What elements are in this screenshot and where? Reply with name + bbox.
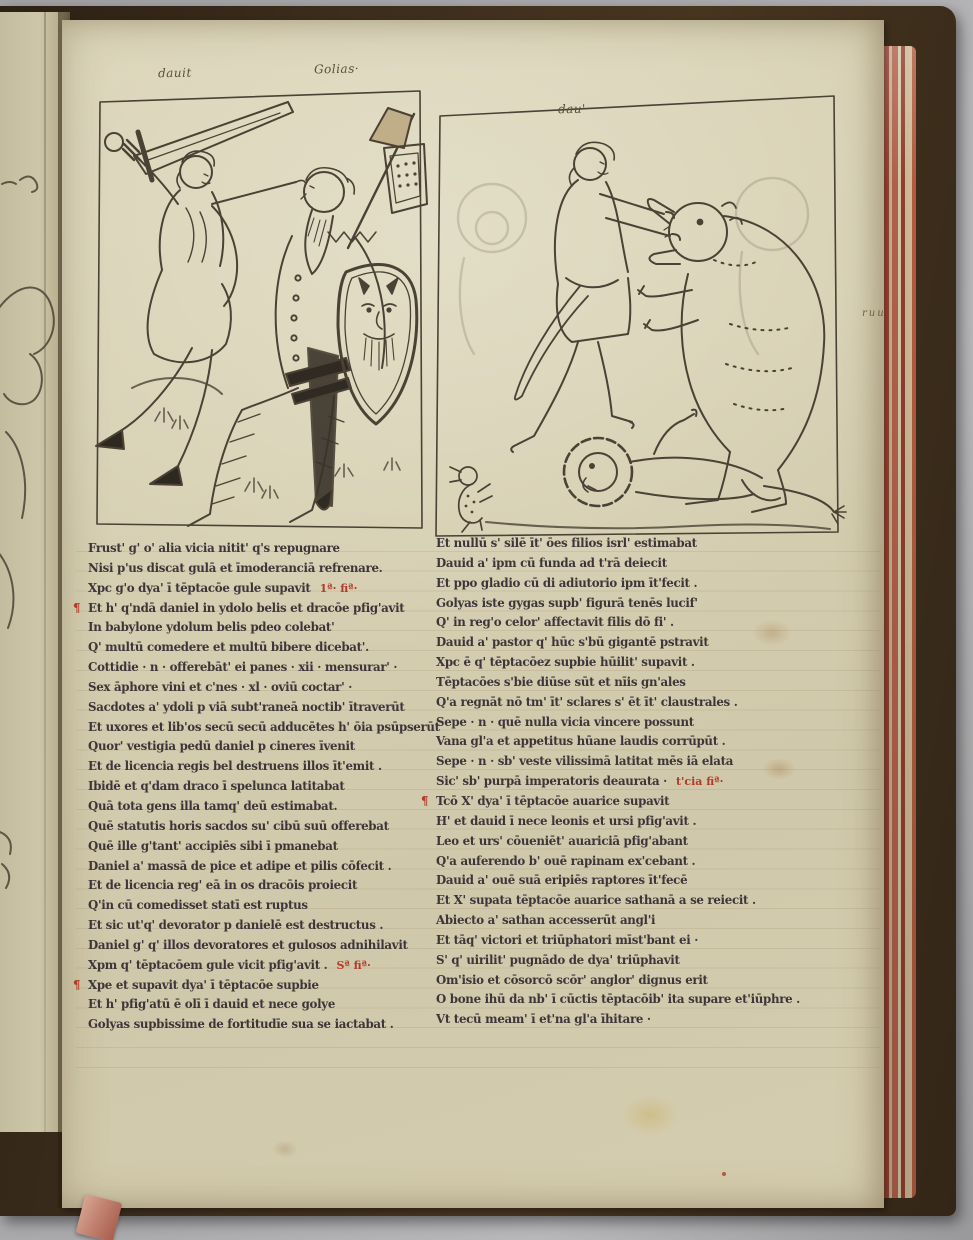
text-line: Et ppo gladio cū di adiutorio ipm īt'fec…: [436, 574, 800, 594]
text-line: Q' in reg'o celor' affectavit filis dō f…: [436, 613, 800, 633]
line-text: Quē ille g'tant' accipiēs sibi ī pmaneba…: [88, 839, 338, 853]
caption-golias: Golias·: [314, 62, 359, 77]
illustration-david-bear: dau': [430, 82, 858, 546]
line-text: Et sic ut'q' devorator p danielē est des…: [88, 918, 383, 932]
line-text: Q'in cū comedisset statī est ruptus: [88, 898, 308, 912]
text-line: Golyas supbissime de fortitudīe sua se i…: [88, 1015, 440, 1035]
line-text: Tēptacōes s'bie diūse sūt et nīis gn'ale…: [436, 675, 686, 689]
shoe: [96, 430, 124, 449]
line-text: Dauid a' ipm cū funda ad t'rā deiecit: [436, 556, 667, 570]
line-text: Sepe · n · quē nulla vicia vincere possu…: [436, 715, 694, 729]
line-text: Sic' sb' purpā imperatoris deaurata ·: [436, 774, 667, 788]
line-text: Sex āphore vini et c'nes · xl · oviū coc…: [88, 680, 352, 694]
text-line: S' q' uirilit' pugnādo de dya' triūphavi…: [436, 951, 800, 971]
text-line: Dauid a' pastor q' hūc s'bū gigantē pstr…: [436, 633, 800, 653]
text-line: Sex āphore vini et c'nes · xl · oviū coc…: [88, 678, 440, 698]
line-text: Vt tecū meam' ī et'na gl'a īhitare ·: [436, 1012, 651, 1026]
line-text: Et nullū s' silē īt' ōes filios isrl' es…: [436, 536, 697, 550]
line-text: Et h' q'ndā daniel in ydolo belis et dra…: [88, 601, 404, 615]
line-text: Ibidē et q'dam draco ī spelunca latitaba…: [88, 779, 345, 793]
rubric-initial: ¶: [421, 792, 428, 812]
text-line: Et de licencia reg' eā in os dracōis pro…: [88, 876, 440, 896]
lion-figure: [564, 410, 846, 524]
line-text: Daniel a' massā de pice et adipe et pili…: [88, 859, 391, 873]
line-text: Et X' supata tēptacōe auarice sathanā a …: [436, 893, 756, 907]
red-speck: [722, 1172, 726, 1176]
david-figure: [96, 151, 306, 485]
line-text: Et de licencia reg' eā in os dracōis pro…: [88, 878, 357, 892]
line-text: Om'isio et cōsorcō scōr' anglor' dignus …: [436, 973, 708, 987]
text-line: Q'in cū comedisset statī est ruptus: [88, 896, 440, 916]
line-text: Xpm q' tēptacōem gule vicit pfig'avit .: [88, 958, 328, 972]
line-text: Dauid a' ouē suā eripiēs raptores īt'fec…: [436, 873, 687, 887]
grass-tufts: [155, 408, 400, 498]
text-line: Sic' sb' purpā imperatoris deaurata ·t'c…: [436, 772, 800, 792]
text-line: Et nullū s' silē īt' ōes filios isrl' es…: [436, 534, 800, 554]
sword-icon: [105, 102, 293, 180]
text-line: Q'a regnāt nō tm' īt' sclares s' ēt īt' …: [436, 693, 800, 713]
text-line: Dauid a' ipm cū funda ad t'rā deiecit: [436, 554, 800, 574]
line-text: Et tāq' victori et triūphatori mīst'bant…: [436, 933, 698, 947]
line-text: Et uxores et lib'os secū secū adducētes …: [88, 720, 440, 734]
text-line: Frust' g' o' alia vicia nitit' q's repug…: [88, 539, 440, 559]
line-text: Et de licencia regis bel destruens illos…: [88, 759, 382, 773]
line-text: Xpc g'o dya' ī tēptacōe gule supavit: [88, 581, 311, 595]
line-text: Golyas iste gygas supb' figurā tenēs luc…: [436, 596, 698, 610]
line-text: Q' in reg'o celor' affectavit filis dō f…: [436, 615, 674, 629]
text-line: Golyas iste gygas supb' figurā tenēs luc…: [436, 594, 800, 614]
text-line: Et h' pfig'atū ē olī ī dauid et nece gol…: [88, 995, 440, 1015]
lance-with-pennant: [348, 108, 414, 248]
shoe: [150, 466, 182, 485]
manuscript-page: dauit Golias·: [62, 20, 884, 1208]
bookmark-ribbon: [76, 1194, 123, 1240]
text-line: Cottidie · n · offerebāt' ei panes · xii…: [88, 658, 440, 678]
line-text: Sacdotes a' ydoli p viā subt'raneā nocti…: [88, 700, 405, 714]
rubric-initial: ¶: [73, 599, 80, 619]
text-line: Vt tecū meam' ī et'na gl'a īhitare ·: [436, 1010, 800, 1030]
line-text: Daniel g' q' illos devoratores et guloso…: [88, 938, 408, 952]
demon-face-icon: [359, 278, 398, 370]
line-text: Quē statutis horis sacdos su' cibū suū o…: [88, 819, 389, 833]
text-line: Q'a auferendo b' ouē rapinam ex'cebant .: [436, 852, 800, 872]
caption-david-right: dau': [558, 102, 586, 116]
line-text: Et ppo gladio cū di adiutorio ipm īt'fec…: [436, 576, 697, 590]
line-text: Xpe et supavit dya' ī tēptacōe supbie: [88, 978, 319, 992]
line-text: Leo et urs' cōueniēt' auariciā pfig'aban…: [436, 834, 688, 848]
goliath-beard: [305, 210, 333, 274]
text-line: Xpc g'o dya' ī tēptacōe gule supavit1ª· …: [88, 579, 440, 599]
text-line: Q' multū comedere et multū bibere diceba…: [88, 638, 440, 658]
text-line: Daniel g' q' illos devoratores et guloso…: [88, 936, 440, 956]
text-column-left: Frust' g' o' alia vicia nitit' q's repug…: [88, 539, 440, 1035]
line-text: In babylone ydolum belis pdeo colebat': [88, 620, 334, 634]
line-text: Frust' g' o' alia vicia nitit' q's repug…: [88, 541, 340, 555]
manuscript-photo: dauit Golias·: [0, 0, 973, 1240]
text-line: ¶Xpe et supavit dya' ī tēptacōe supbie: [88, 976, 440, 996]
line-text: Golyas supbissime de fortitudīe sua se i…: [88, 1017, 394, 1031]
line-text: Sepe · n · sb' veste vilissimā latitat m…: [436, 754, 733, 768]
goliath-figure: [188, 168, 385, 526]
line-text: Vana gl'a et appetitus hūane laudis corr…: [436, 734, 725, 748]
text-line: Quē statutis horis sacdos su' cibū suū o…: [88, 817, 440, 837]
text-line: H' et dauid ī nece leonis et ursi pfig'a…: [436, 812, 800, 832]
text-line: Sepe · n · sb' veste vilissimā latitat m…: [436, 752, 800, 772]
illustration-david-goliath: [92, 86, 428, 538]
line-text: Tcō X' dya' ī tēptacōe auarice supavit: [436, 794, 669, 808]
line-text: Q'a regnāt nō tm' īt' sclares s' ēt īt' …: [436, 695, 738, 709]
line-text: H' et dauid ī nece leonis et ursi pfig'a…: [436, 814, 696, 828]
parchment-stain: [272, 1140, 298, 1158]
text-line: Daniel a' massā de pice et adipe et pili…: [88, 857, 440, 877]
line-text: Quā tota gens illa tamq' deū estimabat.: [88, 799, 337, 813]
line-text: Et h' pfig'atū ē olī ī dauid et nece gol…: [88, 997, 335, 1011]
text-line: Sepe · n · quē nulla vicia vincere possu…: [436, 713, 800, 733]
text-line: Abiecto a' sathan accesserūt angl'i: [436, 911, 800, 931]
figure-rubric-label: t'cia fiª·: [676, 775, 723, 788]
line-text: Xpc ē q' tēptacōez supbie hūilit' supavi…: [436, 655, 695, 669]
parchment-stain: [622, 1095, 678, 1135]
caption-david: dauit: [158, 66, 192, 81]
figure-rubric-label: Sª fiª·: [337, 959, 371, 972]
text-line: In babylone ydolum belis pdeo colebat': [88, 618, 440, 638]
text-line: ¶Et h' q'ndā daniel in ydolo belis et dr…: [88, 599, 440, 619]
text-line: Vana gl'a et appetitus hūane laudis corr…: [436, 732, 800, 752]
facing-page-fold: [44, 12, 46, 1132]
goliath-shield: [338, 265, 417, 424]
text-line: Om'isio et cōsorcō scōr' anglor' dignus …: [436, 971, 800, 991]
text-line: Et X' supata tēptacōe auarice sathanā a …: [436, 891, 800, 911]
text-line: O bone ihū da nb' ī cūctis tēptacōib' it…: [436, 990, 800, 1010]
line-text: Quor' vestigia pedū daniel p cineres īve…: [88, 739, 355, 753]
text-line: Quē ille g'tant' accipiēs sibi ī pmaneba…: [88, 837, 440, 857]
text-line: Ibidē et q'dam draco ī spelunca latitaba…: [88, 777, 440, 797]
text-line: Et uxores et lib'os secū secū adducētes …: [88, 718, 440, 738]
line-text: Q'a auferendo b' ouē rapinam ex'cebant .: [436, 854, 695, 868]
rubric-initial: ¶: [73, 976, 80, 996]
margin-note: ruu: [862, 308, 886, 319]
line-text: Q' multū comedere et multū bibere diceba…: [88, 640, 369, 654]
text-line: Leo et urs' cōueniēt' auariciā pfig'aban…: [436, 832, 800, 852]
line-text: S' q' uirilit' pugnādo de dya' triūphavi…: [436, 953, 680, 967]
scabbard: [286, 348, 351, 510]
text-line: Et de licencia regis bel destruens illos…: [88, 757, 440, 777]
text-column-right: Et nullū s' silē īt' ōes filios isrl' es…: [436, 534, 800, 1030]
text-line: Xpm q' tēptacōem gule vicit pfig'avit .S…: [88, 956, 440, 976]
line-text: O bone ihū da nb' ī cūctis tēptacōib' it…: [436, 992, 800, 1006]
text-line: Tēptacōes s'bie diūse sūt et nīis gn'ale…: [436, 673, 800, 693]
text-line: Xpc ē q' tēptacōez supbie hūilit' supavi…: [436, 653, 800, 673]
text-line: Et sic ut'q' devorator p danielē est des…: [88, 916, 440, 936]
text-line: Quā tota gens illa tamq' deū estimabat.: [88, 797, 440, 817]
text-line: ¶Tcō X' dya' ī tēptacōe auarice supavit: [436, 792, 800, 812]
text-line: Nisi p'us discat gulā et īmoderanciā ref…: [88, 559, 440, 579]
text-line: Sacdotes a' ydoli p viā subt'raneā nocti…: [88, 698, 440, 718]
line-text: Nisi p'us discat gulā et īmoderanciā ref…: [88, 561, 382, 575]
text-line: Et tāq' victori et triūphatori mīst'bant…: [436, 931, 800, 951]
figure-rubric-label: 1ª· fiª·: [320, 582, 358, 595]
text-line: Dauid a' ouē suā eripiēs raptores īt'fec…: [436, 871, 800, 891]
text-line: Quor' vestigia pedū daniel p cineres īve…: [88, 737, 440, 757]
line-text: Abiecto a' sathan accesserūt angl'i: [436, 913, 655, 927]
line-text: Cottidie · n · offerebāt' ei panes · xii…: [88, 660, 397, 674]
line-text: Dauid a' pastor q' hūc s'bū gigantē pstr…: [436, 635, 708, 649]
